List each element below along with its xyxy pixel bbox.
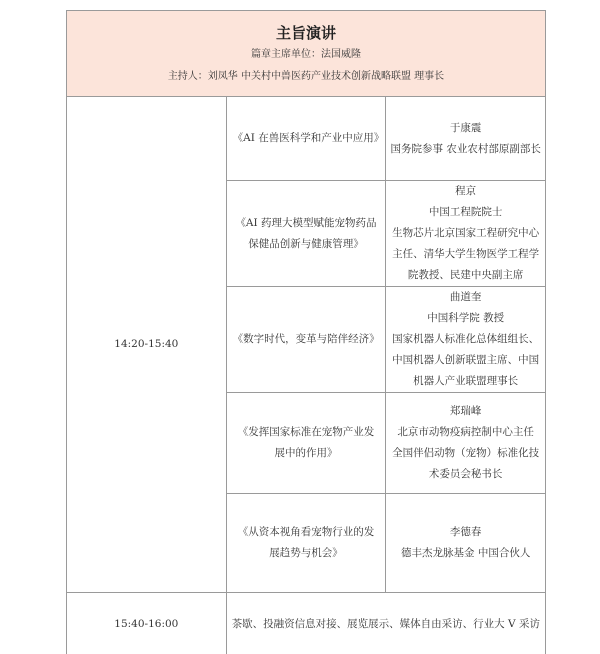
break-row: 15:40-16:00 茶歇、投融资信息对接、展览展示、媒体自由采访、行业大 V… [67,593,546,654]
speaker-info: 于康震 国务院参事 农业农村部原副部长 [386,97,546,181]
speaker-title: 国家机器人标准化总体组组长、中国机器人创新联盟主席、中国机器人产业联盟理事长 [390,329,541,392]
agenda-table: 主旨演讲 篇章主席单位：法国威隆 主持人：刘凤华 中关村中兽医药产业技术创新战略… [66,10,546,654]
talk-topic: 《发挥国家标准在宠物产业发展中的作用》 [226,393,386,494]
speaker-info: 郑瑞峰 北京市动物疫病控制中心主任 全国伴侣动物（宠物）标准化技术委员会秘书长 [386,393,546,494]
speaker-title: 生物芯片北京国家工程研究中心主任、清华大学生物医学工程学院教授、民建中央副主席 [390,223,541,286]
break-time: 15:40-16:00 [67,593,227,654]
speaker-name: 于康震 [390,118,541,139]
talk-topic: 《数字时代，变革与陪伴经济》 [226,287,386,393]
talk-topic: 《AI 在兽医科学和产业中应用》 [226,97,386,181]
talk-row: 14:20-15:40 《AI 在兽医科学和产业中应用》 于康震 国务院参事 农… [67,97,546,181]
header-cell: 主旨演讲 篇章主席单位：法国威隆 主持人：刘凤华 中关村中兽医药产业技术创新战略… [67,11,546,97]
session-time: 14:20-15:40 [67,97,227,593]
chair-unit: 篇章主席单位：法国威隆 [67,44,545,66]
speaker-title: 全国伴侣动物（宠物）标准化技术委员会秘书长 [390,443,541,485]
speaker-title: 国务院参事 农业农村部原副部长 [390,139,541,160]
speaker-title: 中国科学院 教授 [390,308,541,329]
speaker-title: 北京市动物疫病控制中心主任 [390,422,541,443]
speaker-info: 程京 中国工程院院士 生物芯片北京国家工程研究中心主任、清华大学生物医学工程学院… [386,181,546,287]
talk-topic: 《AI 药理大模型赋能宠物药品保健品创新与健康管理》 [226,181,386,287]
speaker-title: 德丰杰龙脉基金 中国合伙人 [390,543,541,564]
speaker-name: 郑瑞峰 [390,401,541,422]
section-title: 主旨演讲 [67,22,545,44]
speaker-name: 曲道奎 [390,287,541,308]
speaker-name: 程京 [390,181,541,202]
speaker-info: 曲道奎 中国科学院 教授 国家机器人标准化总体组组长、中国机器人创新联盟主席、中… [386,287,546,393]
break-activity: 茶歇、投融资信息对接、展览展示、媒体自由采访、行业大 V 采访 [226,593,545,654]
speaker-title: 中国工程院院士 [390,202,541,223]
speaker-name: 李德春 [390,522,541,543]
host-info: 主持人：刘凤华 中关村中兽医药产业技术创新战略联盟 理事长 [67,66,545,88]
speaker-info: 李德春 德丰杰龙脉基金 中国合伙人 [386,494,546,593]
talk-topic: 《从资本视角看宠物行业的发展趋势与机会》 [226,494,386,593]
header-row: 主旨演讲 篇章主席单位：法国威隆 主持人：刘凤华 中关村中兽医药产业技术创新战略… [67,11,546,97]
